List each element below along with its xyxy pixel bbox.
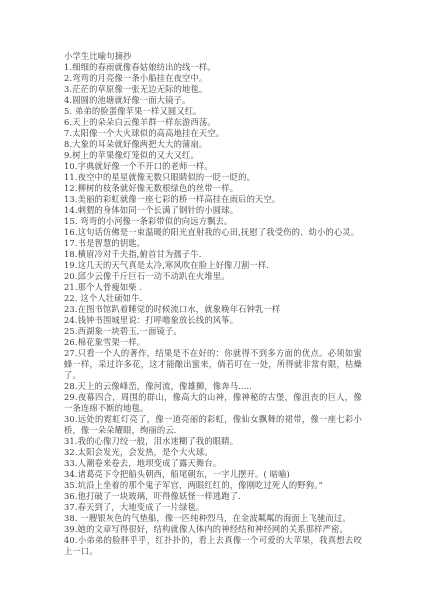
list-item: 18.横眉冷对千夫指,俯首甘为孺子牛. — [64, 249, 362, 260]
list-item: 12.柳树的枝条就好像无数根绿色的丝带一样。 — [64, 183, 362, 194]
list-item: 16.这句话仿佛是一束温暖的阳光直射我的心田,抚慰了我受伤的、幼小的心灵。 — [64, 227, 362, 238]
list-item: 17.书是智慧的钥匙。 — [64, 238, 362, 249]
list-item: 28.天上的云像峰峦，像河流，像雄狮，像奔马..... — [64, 381, 362, 392]
list-item: 37.春天到了，大地变成了一片绿毯。 — [64, 502, 362, 513]
list-item: 2.弯弯的月亮像一条小船挂在夜空中。 — [64, 73, 362, 84]
list-item: 10.字典就好像一个不开口的老师一样。 — [64, 161, 362, 172]
list-item: 25.西湖象一块碧玉,一面镜子。 — [64, 326, 362, 337]
list-item: 40.小弟弟的脸胖乎乎，红扑扑的，看上去真像一个可爱的大苹果，我真想去咬上一口。 — [64, 535, 362, 557]
list-item: 8.大象的耳朵就好像两把大大的蒲扇。 — [64, 139, 362, 150]
list-item: 30.远处的霓虹灯亮了，像一道亮丽的彩虹，像仙女飘舞的裙带，像一座七彩小桥，像一… — [64, 414, 362, 436]
list-item: 24.钱钟书围城里说：打呼噜象放长线的风筝。 — [64, 315, 362, 326]
list-item: 11.夜空中的星星就像无数只眼睛似的一眨一眨的。 — [64, 172, 362, 183]
list-item: 32.太阳会发光，会发热，是个大火球。 — [64, 447, 362, 458]
list-item: 13.美丽的彩虹就像一座七彩的桥一样高挂在雨后的天空。 — [64, 194, 362, 205]
list-item: 15. 弯弯的小河像一条彩带似的向远方飘去。 — [64, 216, 362, 227]
list-item: 22. 这个人壮硕如牛. — [64, 293, 362, 304]
list-item: 14.刺猬的身体如同一个长满了钢针的小圆球。 — [64, 205, 362, 216]
list-item: 3.茫茫的草原像一张无边无际的地毯。 — [64, 84, 362, 95]
list-item: 29.夜幕四合，周围的群山，像高大的山神，像神秘的古堡，像沮丧的巨人，像一条连绵… — [64, 392, 362, 414]
list-item: 21.那个人骨瘦如柴 . — [64, 282, 362, 293]
list-item: 35.坑沿上坐着的那个鬼子军官，两眼红红的，像刚吃过死人的野狗。” — [64, 480, 362, 491]
list-item: 27.只看一个人的著作，结果是不在好的：你就得不到多方面的优点。必须如蜜蜂一样，… — [64, 348, 362, 381]
list-item: 39.她的文章写得很好，结构就像人体内的神经结和神经网的关系那样严密。 — [64, 524, 362, 535]
list-item: 34.诸葛亮下令把船头朝西，船尾朝东，一字儿摆开。( 暗喻) — [64, 469, 362, 480]
list-item: 31.我的心像刀绞一般，泪水迷糊了我的眼睛。 — [64, 436, 362, 447]
list-item: 20.邱少云像千斤巨石一动不动趴在火堆里。 — [64, 271, 362, 282]
list-item: 4.圆圆的池塘就好像一面大镜子。 — [64, 95, 362, 106]
list-item: 7.太阳像一个大火球似的高高地挂在天空。 — [64, 128, 362, 139]
sentence-list: 1.细细的春雨就像春姑娘纺出的线一样。 2.弯弯的月亮像一条小船挂在夜空中。 3… — [64, 62, 362, 557]
document-page: 小学生比喻句摘抄 1.细细的春雨就像春姑娘纺出的线一样。 2.弯弯的月亮像一条小… — [64, 51, 362, 557]
list-item: 33.人潮卷来卷去，地坝变成了露天舞台。 — [64, 458, 362, 469]
document-title: 小学生比喻句摘抄 — [64, 51, 362, 62]
list-item: 38. 一艘银灰色的气垫船，像一匹纯种烈马，在金波粼粼的海面上飞驰而过。 — [64, 513, 362, 524]
list-item: 1.细细的春雨就像春姑娘纺出的线一样。 — [64, 62, 362, 73]
list-item: 5. 弟弟的脸蛋像苹果一样又圆又红。 — [64, 106, 362, 117]
list-item: 26.棉花象雪架一样。 — [64, 337, 362, 348]
list-item: 23.在图书馆趴着睡觉的时候流口水，就象晚年石钟乳一样 — [64, 304, 362, 315]
list-item: 6.天上的朵朵白云像羊群一样东游西荡。 — [64, 117, 362, 128]
list-item: 36.他打破了一块玻璃，吓得像妖怪一样逃跑了. — [64, 491, 362, 502]
list-item: 19.这几天的天气真是太冷,寒风吹在脸上好像刀割一样. — [64, 260, 362, 271]
list-item: 9.树上的苹果像灯笼似的又大又红。 — [64, 150, 362, 161]
